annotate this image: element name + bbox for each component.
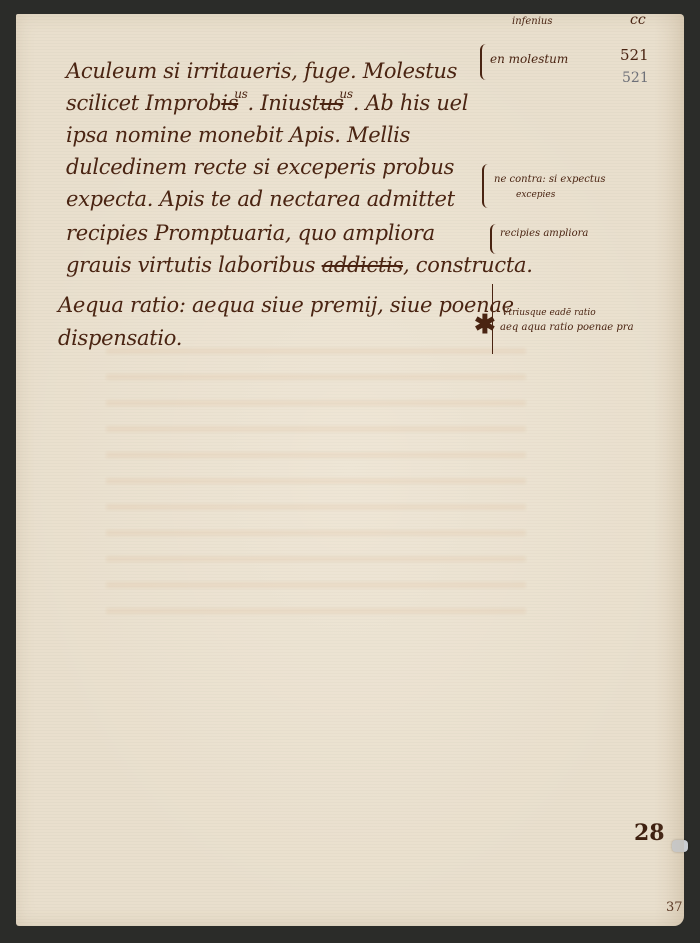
marginal-note-4b: aeq aqua ratio poenae pra bbox=[500, 322, 634, 333]
brace-mark bbox=[490, 224, 500, 254]
text-line-2-mid: . Iniust bbox=[247, 91, 319, 115]
text-line-8: Aequa ratio: aequa siue premij, siue poe… bbox=[58, 293, 514, 317]
text-line-3: ipsa nomine monebit Apis. Mellis bbox=[66, 123, 410, 147]
marginal-note-2b: excepies bbox=[516, 190, 555, 200]
text-line-2: scilicet Improbisus. Iniustusus. Ab his … bbox=[66, 91, 468, 115]
brace-mark bbox=[482, 164, 492, 208]
tape-repair bbox=[672, 840, 688, 852]
marginal-note-top: infenius bbox=[512, 16, 552, 27]
text-line-2-post: . Ab his uel bbox=[353, 91, 468, 115]
superscript-correction: us bbox=[339, 87, 352, 101]
marginal-note-3: recipies ampliora bbox=[500, 228, 588, 239]
asterisk-mark: ✱ bbox=[474, 310, 496, 340]
superscript-correction: us bbox=[234, 87, 247, 101]
bleed-through-text bbox=[106, 344, 526, 634]
manuscript-page: Aculeum si irritaueris, fuge. Molestus s… bbox=[16, 14, 684, 926]
corner-number: 37 bbox=[666, 900, 683, 915]
leaf-number: 28 bbox=[634, 820, 665, 846]
text-line-4: dulcedinem recte si exceperis probus bbox=[66, 155, 454, 179]
text-line-7-post: , constructa. bbox=[403, 253, 533, 277]
text-line-7-pre: grauis virtutis laboribus bbox=[66, 253, 322, 277]
text-line-6: recipies Promptuaria, quo ampliora bbox=[66, 221, 435, 245]
marginal-note-4a: Vtriusque eadē ratio bbox=[502, 308, 596, 318]
text-line-2-pre: scilicet Improb bbox=[66, 91, 221, 115]
text-line-1: Aculeum si irritaueris, fuge. Molestus bbox=[66, 59, 457, 83]
marginal-note-1: en molestum bbox=[490, 52, 568, 66]
folio-letters: cc bbox=[630, 12, 646, 28]
struck-word: addictis bbox=[322, 253, 403, 277]
brace-mark bbox=[480, 44, 490, 80]
folio-number-ink: 521 bbox=[620, 46, 649, 64]
folio-number-pencil: 521 bbox=[622, 70, 649, 86]
text-line-5: expecta. Apis te ad nectarea admittet bbox=[66, 187, 455, 211]
text-line-9: dispensatio. bbox=[58, 326, 182, 350]
text-line-7: grauis virtutis laboribus addictis, cons… bbox=[66, 253, 533, 277]
marginal-note-2a: ne contra: si expectus bbox=[494, 174, 605, 185]
